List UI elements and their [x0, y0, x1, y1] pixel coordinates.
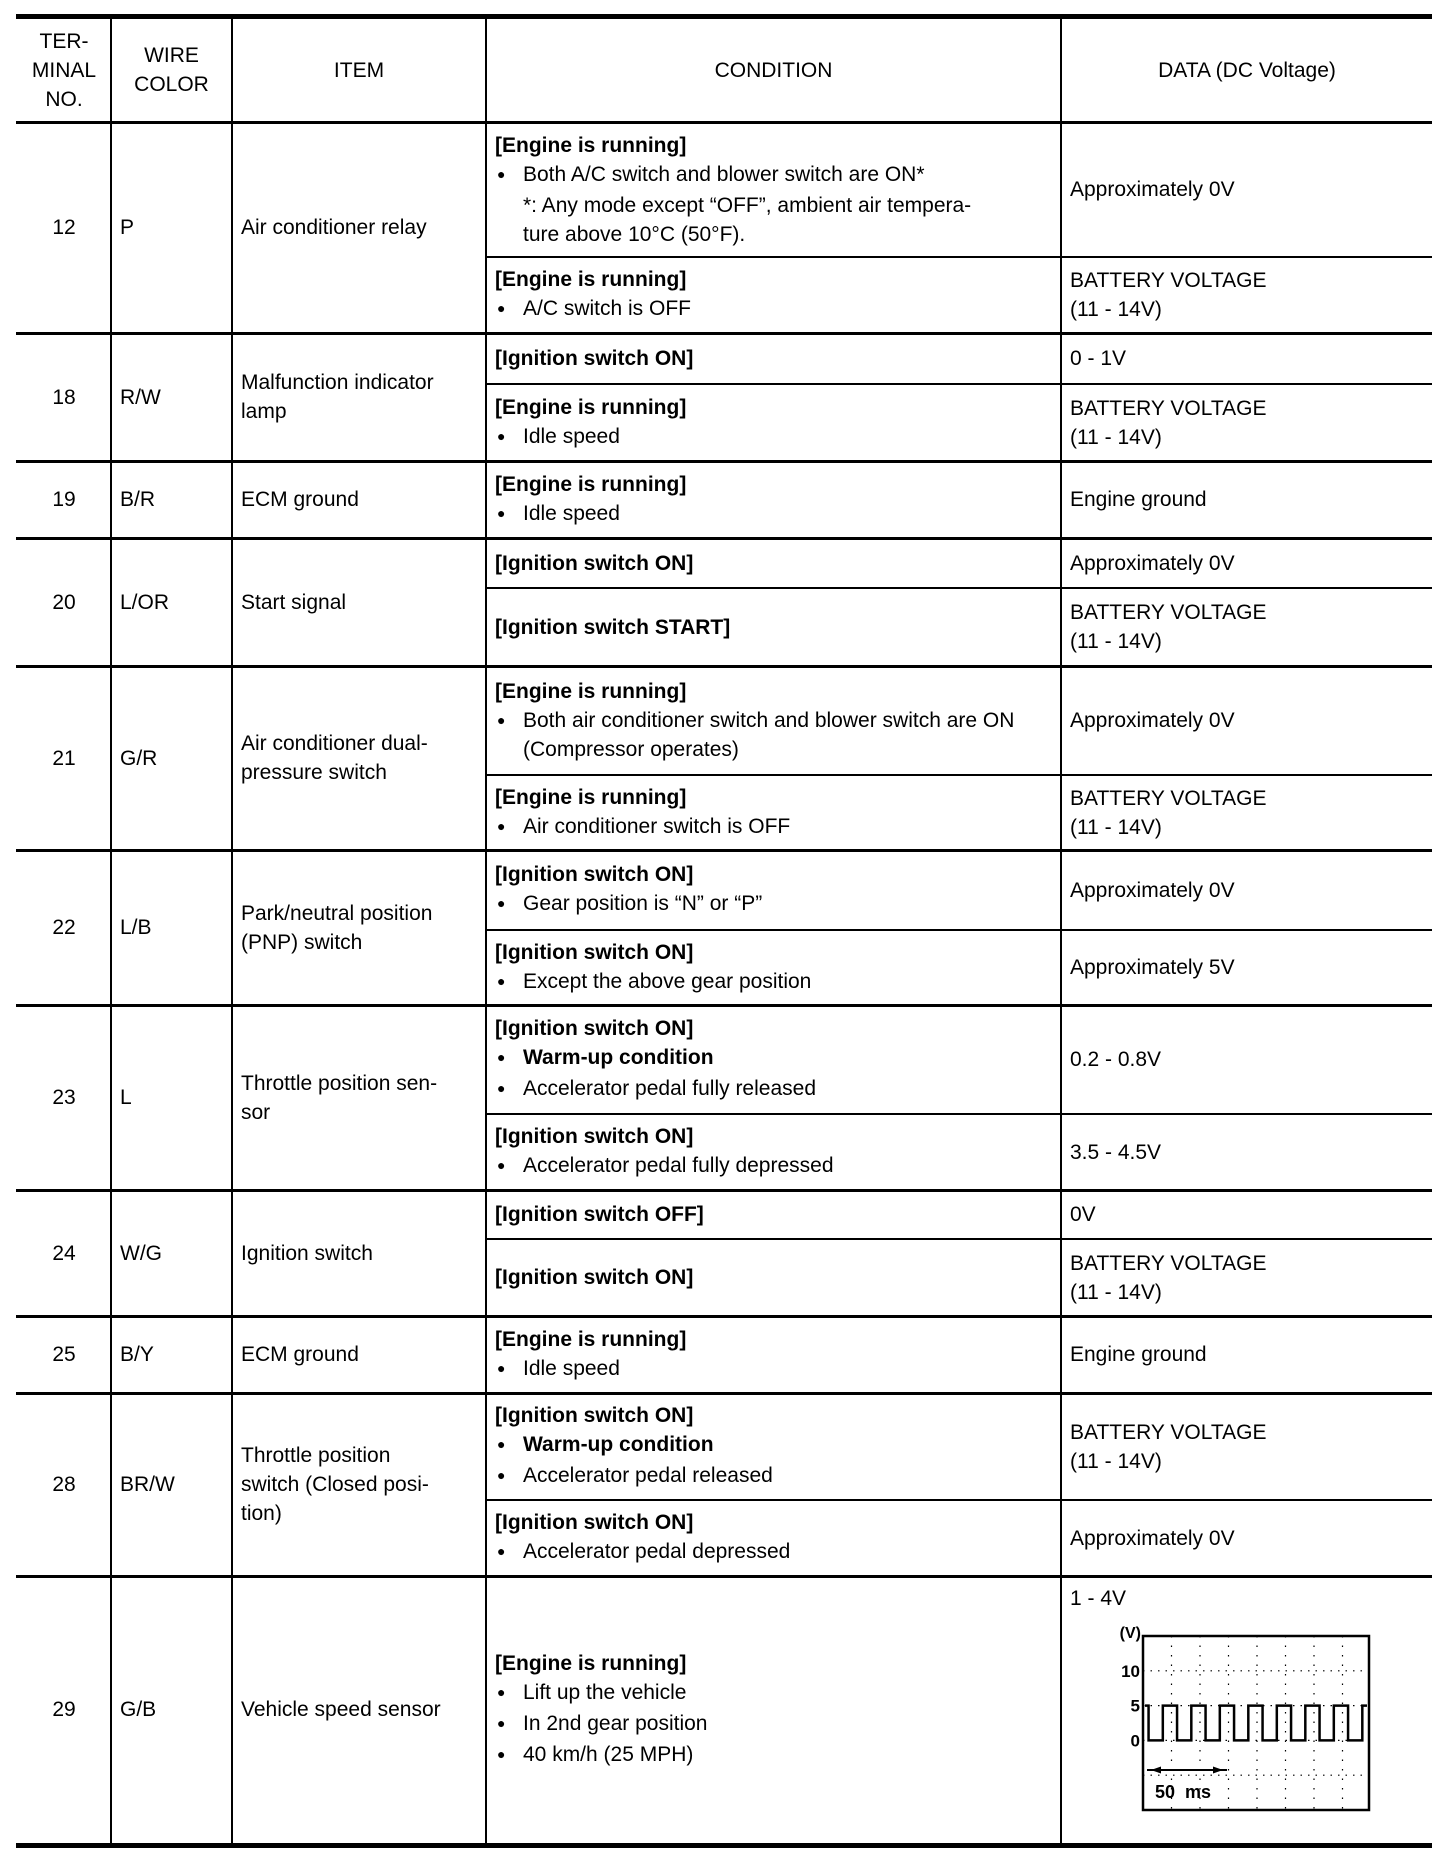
- condition-bullet: Accelerator pedal released: [495, 1461, 1060, 1492]
- wire-color: BR/W: [120, 1470, 231, 1499]
- header-text: MINAL: [32, 56, 96, 85]
- wire-color: G/B: [120, 1695, 231, 1724]
- data-value: 3.5 - 4.5V: [1070, 1138, 1432, 1167]
- condition-bullet: Idle speed: [495, 422, 1060, 453]
- condition-cell: [Ignition switch ON]: [487, 538, 1060, 588]
- condition-bullet: Accelerator pedal fully depressed: [495, 1151, 1060, 1182]
- bullet-icon: [495, 706, 523, 764]
- condition-bullet: A/C switch is OFF: [495, 294, 1060, 325]
- bullet-text: Accelerator pedal fully released: [523, 1074, 816, 1105]
- header-condition: CONDITION: [487, 18, 1060, 122]
- condition-cell: [Ignition switch ON]Except the above gea…: [487, 930, 1060, 1005]
- terminal-no-cell: 28: [18, 1393, 110, 1576]
- condition-title: [Ignition switch ON]: [495, 549, 1060, 578]
- data-cell: 3.5 - 4.5V: [1062, 1114, 1432, 1190]
- bullet-text: Accelerator pedal depressed: [523, 1537, 790, 1568]
- wire-color: W/G: [120, 1239, 231, 1268]
- item-name: Start signal: [241, 588, 485, 617]
- data-value: Engine ground: [1070, 485, 1432, 514]
- bullet-icon: [495, 1151, 523, 1182]
- wire-color-cell: G/R: [112, 666, 231, 850]
- data-value: BATTERY VOLTAGE: [1070, 1249, 1432, 1278]
- data-cell: BATTERY VOLTAGE(11 - 14V): [1062, 257, 1432, 333]
- condition-cell: [Ignition switch ON]Accelerator pedal fu…: [487, 1114, 1060, 1190]
- oscilloscope-chart: (V)051050 ms: [1082, 1622, 1372, 1842]
- wire-color: R/W: [120, 383, 231, 412]
- condition-title: [Engine is running]: [495, 470, 1060, 499]
- condition-cell: [Ignition switch OFF]: [487, 1190, 1060, 1239]
- item-cell: ECM ground: [233, 1316, 485, 1393]
- condition-bullet: Lift up the vehicle: [495, 1678, 1060, 1709]
- bullet-text: Warm-up condition: [523, 1043, 714, 1074]
- bullet-icon: [495, 160, 523, 191]
- item-name: Throttle position sen-: [241, 1069, 485, 1098]
- arrow-head-right-icon: [1213, 1767, 1223, 1774]
- terminal-no: 20: [52, 588, 75, 617]
- item-cell: Vehicle speed sensor: [233, 1576, 485, 1843]
- data-value: Approximately 0V: [1070, 1524, 1432, 1553]
- bullet-text: In 2nd gear position: [523, 1709, 707, 1740]
- condition-title: [Engine is running]: [495, 1649, 1060, 1678]
- bullet-text: Idle speed: [523, 1354, 620, 1385]
- wire-color-cell: L/OR: [112, 538, 231, 666]
- condition-bullet: 40 km/h (25 MPH): [495, 1740, 1060, 1771]
- y-tick-label: 5: [1131, 1697, 1140, 1716]
- data-value: 1 - 4V: [1070, 1584, 1432, 1613]
- wire-color: P: [120, 213, 231, 242]
- data-cell: Approximately 0V: [1062, 538, 1432, 588]
- condition-note: *: Any mode except “OFF”, ambient air te…: [495, 191, 1060, 220]
- bullet-icon: [495, 1461, 523, 1492]
- wire-color: L: [120, 1083, 231, 1112]
- data-cell: 0V: [1062, 1190, 1432, 1239]
- item-cell: ECM ground: [233, 461, 485, 538]
- y-axis-unit: (V): [1120, 1625, 1141, 1642]
- condition-bullet: Gear position is “N” or “P”: [495, 889, 1060, 920]
- wire-color: L/OR: [120, 588, 231, 617]
- item-cell: Throttle position sen-sor: [233, 1005, 485, 1190]
- data-value: (11 - 14V): [1070, 1447, 1432, 1476]
- item-name: lamp: [241, 397, 485, 426]
- terminal-no-cell: 12: [18, 122, 110, 333]
- item-cell: Air conditioner dual-pressure switch: [233, 666, 485, 850]
- data-value: Approximately 0V: [1070, 706, 1432, 735]
- header-item: ITEM: [233, 18, 485, 122]
- data-cell: Approximately 5V: [1062, 930, 1432, 1005]
- condition-title: [Ignition switch ON]: [495, 1014, 1060, 1043]
- bullet-text: A/C switch is OFF: [523, 294, 691, 325]
- condition-bullet: Warm-up condition: [495, 1043, 1060, 1074]
- item-name: ECM ground: [241, 485, 485, 514]
- y-tick-label: 0: [1131, 1731, 1140, 1750]
- terminal-no-cell: 23: [18, 1005, 110, 1190]
- terminal-no-cell: 29: [18, 1576, 110, 1843]
- bullet-icon: [495, 1537, 523, 1568]
- data-value: BATTERY VOLTAGE: [1070, 784, 1432, 813]
- condition-title: [Engine is running]: [495, 265, 1060, 294]
- wire-color-cell: L: [112, 1005, 231, 1190]
- bullet-text: Air conditioner switch is OFF: [523, 812, 790, 843]
- item-name: switch (Closed posi-: [241, 1470, 485, 1499]
- terminal-no: 19: [52, 485, 75, 514]
- condition-bullet: Except the above gear position: [495, 967, 1060, 998]
- header-text: WIRE: [144, 41, 199, 70]
- wire-color-cell: W/G: [112, 1190, 231, 1316]
- condition-cell: [Engine is running]Idle speed: [487, 1316, 1060, 1393]
- data-cell: Engine ground: [1062, 461, 1432, 538]
- condition-bullet: Accelerator pedal depressed: [495, 1537, 1060, 1568]
- item-cell: Air conditioner relay: [233, 122, 485, 333]
- data-value: Approximately 0V: [1070, 549, 1432, 578]
- bullet-text: Accelerator pedal fully depressed: [523, 1151, 834, 1182]
- data-value: Approximately 5V: [1070, 953, 1432, 982]
- signal-waveform: [1145, 1706, 1367, 1741]
- wire-color-cell: R/W: [112, 333, 231, 461]
- item-cell: Malfunction indicatorlamp: [233, 333, 485, 461]
- item-name: Throttle position: [241, 1441, 485, 1470]
- row-divider: [16, 1843, 1432, 1848]
- time-scale-label: 50 ms: [1155, 1782, 1211, 1802]
- condition-cell: [Ignition switch START]: [487, 588, 1060, 666]
- header-terminal-no: TER-MINALNO.: [18, 18, 110, 122]
- condition-title: [Ignition switch OFF]: [495, 1200, 1060, 1229]
- header-text: CONDITION: [715, 56, 833, 85]
- terminal-no-cell: 24: [18, 1190, 110, 1316]
- data-cell: 0 - 1V: [1062, 333, 1432, 384]
- data-value: 0 - 1V: [1070, 344, 1432, 373]
- condition-bullet: Both air conditioner switch and blower s…: [495, 706, 1060, 764]
- header-text: ITEM: [334, 56, 384, 85]
- terminal-no-cell: 25: [18, 1316, 110, 1393]
- data-value: BATTERY VOLTAGE: [1070, 394, 1432, 423]
- condition-cell: [Ignition switch ON]Gear position is “N”…: [487, 850, 1060, 930]
- item-cell: Park/neutral position(PNP) switch: [233, 850, 485, 1005]
- condition-cell: [Ignition switch ON]Warm-up conditionAcc…: [487, 1005, 1060, 1114]
- condition-cell: [Ignition switch ON]Accelerator pedal de…: [487, 1500, 1060, 1576]
- wire-color: L/B: [120, 913, 231, 942]
- item-name: tion): [241, 1499, 485, 1528]
- bullet-icon: [495, 1430, 523, 1461]
- terminal-no-cell: 19: [18, 461, 110, 538]
- data-cell: BATTERY VOLTAGE(11 - 14V): [1062, 384, 1432, 461]
- bullet-text: Lift up the vehicle: [523, 1678, 686, 1709]
- condition-title: [Ignition switch ON]: [495, 1508, 1060, 1537]
- terminal-no-cell: 20: [18, 538, 110, 666]
- condition-title: [Ignition switch ON]: [495, 1263, 1060, 1292]
- bullet-text: Both air conditioner switch and blower s…: [523, 706, 1053, 764]
- item-name: Malfunction indicator: [241, 368, 485, 397]
- bullet-icon: [495, 294, 523, 325]
- data-value: 0.2 - 0.8V: [1070, 1045, 1432, 1074]
- wire-color: G/R: [120, 744, 231, 773]
- wire-color-cell: BR/W: [112, 1393, 231, 1576]
- bullet-icon: [495, 1074, 523, 1105]
- bullet-text: Idle speed: [523, 499, 620, 530]
- data-cell: Engine ground: [1062, 1316, 1432, 1393]
- item-name: (PNP) switch: [241, 928, 485, 957]
- condition-title: [Ignition switch ON]: [495, 344, 1060, 373]
- data-cell: Approximately 0V: [1062, 666, 1432, 775]
- condition-cell: [Engine is running]Both air conditioner …: [487, 666, 1060, 775]
- bullet-icon: [495, 1043, 523, 1074]
- condition-title: [Engine is running]: [495, 783, 1060, 812]
- condition-cell: [Engine is running]Idle speed: [487, 461, 1060, 538]
- data-value: 0V: [1070, 1200, 1432, 1229]
- wire-color-cell: B/Y: [112, 1316, 231, 1393]
- item-name: pressure switch: [241, 758, 485, 787]
- condition-title: [Engine is running]: [495, 393, 1060, 422]
- condition-cell: [Engine is running]Idle speed: [487, 384, 1060, 461]
- condition-cell: [Engine is running]Air conditioner switc…: [487, 775, 1060, 850]
- terminal-no: 18: [52, 383, 75, 412]
- data-cell: Approximately 0V: [1062, 1500, 1432, 1576]
- condition-cell: [Engine is running]Both A/C switch and b…: [487, 122, 1060, 257]
- condition-title: [Engine is running]: [495, 677, 1060, 706]
- condition-title: [Ignition switch ON]: [495, 1122, 1060, 1151]
- terminal-no-cell: 18: [18, 333, 110, 461]
- data-value: (11 - 14V): [1070, 813, 1432, 842]
- terminal-no: 29: [52, 1695, 75, 1724]
- condition-cell: [Ignition switch ON]Warm-up conditionAcc…: [487, 1393, 1060, 1500]
- condition-cell: [Engine is running]Lift up the vehicleIn…: [487, 1576, 1060, 1843]
- condition-cell: [Ignition switch ON]: [487, 1239, 1060, 1316]
- data-value: (11 - 14V): [1070, 295, 1432, 324]
- data-cell: 1 - 4V(V)051050 ms: [1062, 1576, 1432, 1843]
- bullet-icon: [495, 1354, 523, 1385]
- bullet-icon: [495, 499, 523, 530]
- item-name: sor: [241, 1098, 485, 1127]
- wire-color-cell: P: [112, 122, 231, 333]
- condition-title: [Engine is running]: [495, 1325, 1060, 1354]
- terminal-no: 24: [52, 1239, 75, 1268]
- item-name: ECM ground: [241, 1340, 485, 1369]
- item-name: Air conditioner relay: [241, 213, 485, 242]
- bullet-text: Idle speed: [523, 422, 620, 453]
- condition-title: [Ignition switch ON]: [495, 1401, 1060, 1430]
- condition-title: [Ignition switch START]: [495, 613, 1060, 642]
- y-tick-label: 10: [1121, 1662, 1140, 1681]
- condition-title: [Ignition switch ON]: [495, 860, 1060, 889]
- condition-title: [Engine is running]: [495, 131, 1060, 160]
- item-name: Ignition switch: [241, 1239, 485, 1268]
- condition-note: ture above 10°C (50°F).: [495, 220, 1060, 249]
- data-value: BATTERY VOLTAGE: [1070, 266, 1432, 295]
- wire-color-cell: L/B: [112, 850, 231, 1005]
- bullet-text: Accelerator pedal released: [523, 1461, 773, 1492]
- data-cell: BATTERY VOLTAGE(11 - 14V): [1062, 1239, 1432, 1316]
- data-cell: BATTERY VOLTAGE(11 - 14V): [1062, 775, 1432, 850]
- bullet-icon: [495, 1678, 523, 1709]
- header-data: DATA (DC Voltage): [1062, 18, 1432, 122]
- terminal-no: 28: [52, 1470, 75, 1499]
- item-name: Vehicle speed sensor: [241, 1695, 485, 1724]
- bullet-icon: [495, 812, 523, 843]
- data-cell: 0.2 - 0.8V: [1062, 1005, 1432, 1114]
- condition-cell: [Ignition switch ON]: [487, 333, 1060, 384]
- data-cell: Approximately 0V: [1062, 122, 1432, 257]
- terminal-no: 23: [52, 1083, 75, 1112]
- bullet-text: Except the above gear position: [523, 967, 811, 998]
- terminal-data-table: TER-MINALNO.WIRECOLORITEMCONDITIONDATA (…: [16, 14, 1432, 1845]
- condition-bullet: Air conditioner switch is OFF: [495, 812, 1060, 843]
- bullet-icon: [495, 967, 523, 998]
- data-value: Engine ground: [1070, 1340, 1432, 1369]
- bullet-icon: [495, 1709, 523, 1740]
- data-value: BATTERY VOLTAGE: [1070, 1418, 1432, 1447]
- bullet-text: 40 km/h (25 MPH): [523, 1740, 693, 1771]
- wire-color-cell: G/B: [112, 1576, 231, 1843]
- bullet-text: Gear position is “N” or “P”: [523, 889, 762, 920]
- item-name: Air conditioner dual-: [241, 729, 485, 758]
- terminal-no: 12: [52, 213, 75, 242]
- item-name: Park/neutral position: [241, 899, 485, 928]
- bullet-text: Both A/C switch and blower switch are ON…: [523, 160, 925, 191]
- condition-bullet: Both A/C switch and blower switch are ON…: [495, 160, 1060, 191]
- wire-color: B/R: [120, 485, 231, 514]
- data-cell: BATTERY VOLTAGE(11 - 14V): [1062, 588, 1432, 666]
- condition-bullet: Idle speed: [495, 499, 1060, 530]
- wire-color: B/Y: [120, 1340, 231, 1369]
- data-value: Approximately 0V: [1070, 876, 1432, 905]
- bullet-icon: [495, 1740, 523, 1771]
- condition-cell: [Engine is running]A/C switch is OFF: [487, 257, 1060, 333]
- data-value: (11 - 14V): [1070, 627, 1432, 656]
- wire-color-cell: B/R: [112, 461, 231, 538]
- header-text: COLOR: [134, 70, 209, 99]
- terminal-no: 22: [52, 913, 75, 942]
- terminal-no-cell: 22: [18, 850, 110, 1005]
- data-value: (11 - 14V): [1070, 423, 1432, 452]
- bullet-icon: [495, 422, 523, 453]
- terminal-no: 21: [52, 744, 75, 773]
- data-value: Approximately 0V: [1070, 175, 1432, 204]
- condition-bullet: Accelerator pedal fully released: [495, 1074, 1060, 1105]
- item-cell: Throttle positionswitch (Closed posi-tio…: [233, 1393, 485, 1576]
- bullet-text: Warm-up condition: [523, 1430, 714, 1461]
- item-cell: Ignition switch: [233, 1190, 485, 1316]
- data-value: (11 - 14V): [1070, 1278, 1432, 1307]
- terminal-no: 25: [52, 1340, 75, 1369]
- header-wire-color: WIRECOLOR: [112, 18, 231, 122]
- bullet-icon: [495, 889, 523, 920]
- item-cell: Start signal: [233, 538, 485, 666]
- header-text: TER-: [40, 27, 89, 56]
- data-value: BATTERY VOLTAGE: [1070, 598, 1432, 627]
- header-text: DATA (DC Voltage): [1158, 56, 1336, 85]
- header-text: NO.: [45, 85, 82, 114]
- arrow-head-left-icon: [1151, 1767, 1161, 1774]
- data-cell: Approximately 0V: [1062, 850, 1432, 930]
- condition-bullet: In 2nd gear position: [495, 1709, 1060, 1740]
- condition-bullet: Warm-up condition: [495, 1430, 1060, 1461]
- condition-bullet: Idle speed: [495, 1354, 1060, 1385]
- data-cell: BATTERY VOLTAGE(11 - 14V): [1062, 1393, 1432, 1500]
- terminal-no-cell: 21: [18, 666, 110, 850]
- condition-title: [Ignition switch ON]: [495, 938, 1060, 967]
